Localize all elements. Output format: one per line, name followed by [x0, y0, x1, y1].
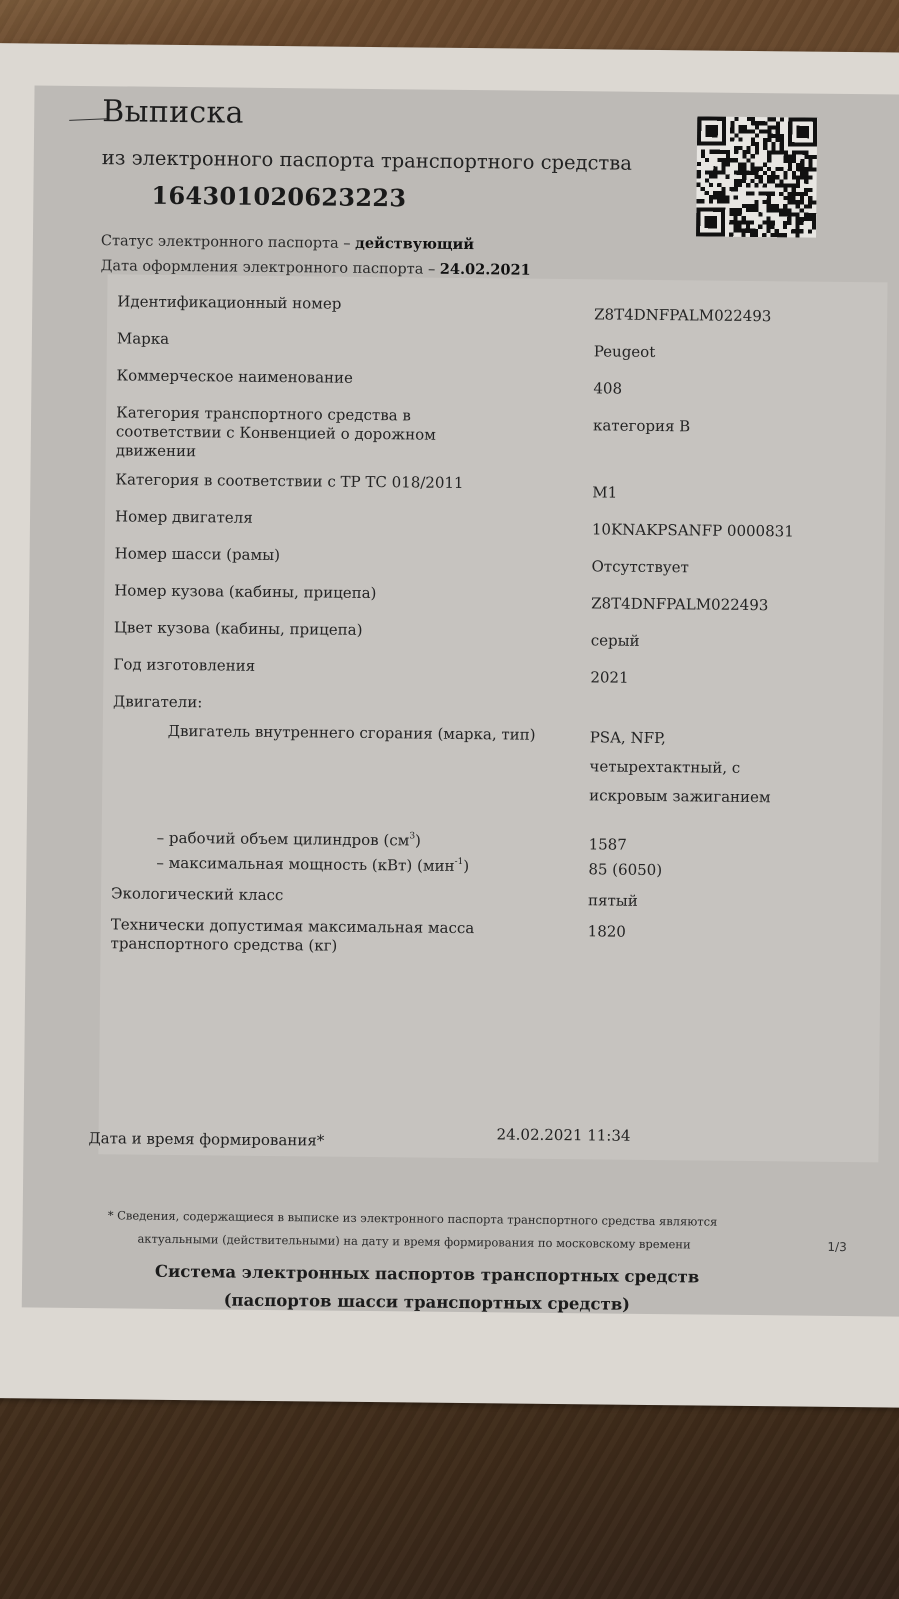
- field-value: категория B: [593, 408, 817, 467]
- field-row: – максимальная мощность (кВт) (мин-1)85 …: [111, 853, 811, 881]
- field-value: Z8T4DNFPALM022493: [591, 586, 814, 615]
- field-row: Технически допустимая максимальная масса…: [110, 915, 810, 960]
- field-label: Идентификационный номер: [117, 292, 594, 324]
- field-label-text: Коммерческое наименование: [116, 366, 353, 386]
- field-value-text: 1820: [588, 922, 626, 940]
- document-page: Выписка из электронного паспорта транспо…: [0, 43, 899, 1408]
- qr-code-icon: [696, 116, 817, 237]
- field-value: Z8T4DNFPALM022493: [594, 297, 817, 326]
- field-row: Цвет кузова (кабины, прицепа)серый: [114, 618, 814, 652]
- field-label-text: Номер двигателя: [115, 507, 253, 526]
- field-label: Экологический класс: [111, 884, 588, 910]
- field-label: Категория в соответствии с ТР ТС 018/201…: [115, 470, 592, 502]
- field-label: Год изготовления: [113, 655, 590, 687]
- field-value-text: пятый: [588, 891, 638, 910]
- field-value-text: серый: [591, 631, 640, 650]
- field-value-text: категория B: [593, 416, 690, 435]
- field-label-text: Двигатель внутреннего сгорания (марка, т…: [168, 722, 536, 744]
- field-label-tail: ): [415, 831, 421, 849]
- field-row: Категория транспортного средства всоотве…: [116, 403, 817, 467]
- field-label-text: – рабочий объем цилиндров (см: [157, 829, 410, 850]
- field-value-text: 1587: [589, 835, 627, 853]
- field-value: 1587: [589, 833, 812, 856]
- field-value-text: M1: [592, 483, 617, 501]
- field-label-tail: ): [463, 857, 469, 875]
- field-row: Коммерческое наименование408: [116, 366, 816, 400]
- field-label: Марка: [117, 329, 594, 361]
- issue-date-value: 24.02.2021: [440, 261, 531, 279]
- field-value: 408: [593, 371, 816, 400]
- field-value-line: искровым зажиганием: [589, 786, 812, 817]
- field-value-text: Z8T4DNFPALM022493: [594, 305, 771, 325]
- field-value: 2021: [590, 660, 813, 689]
- field-value: M1: [592, 475, 815, 504]
- status-label: Статус электронного паспорта –: [101, 233, 355, 252]
- field-label: Номер кузова (кабины, прицепа): [114, 581, 591, 613]
- field-value-text: Z8T4DNFPALM022493: [591, 594, 768, 614]
- field-value-line: PSA, NFP,: [590, 728, 813, 759]
- field-label-text: – максимальная мощность (кВт) (мин: [156, 854, 454, 875]
- field-value-text: Отсутствует: [591, 557, 688, 576]
- passport-number: 164301020623223: [151, 181, 406, 213]
- field-row: Двигатель внутреннего сгорания (марка, т…: [112, 721, 813, 817]
- field-label: Коммерческое наименование: [116, 366, 593, 398]
- field-value: серый: [591, 623, 814, 652]
- field-label: Технически допустимая максимальная масса…: [110, 915, 587, 958]
- field-value-text: 85 (6050): [588, 860, 662, 879]
- page-number: 1/3: [827, 1240, 846, 1254]
- field-value: [590, 697, 813, 718]
- field-label: – максимальная мощность (кВт) (мин-1): [111, 853, 588, 879]
- footnote: * Сведения, содержащиеся в выписке из эл…: [107, 1204, 807, 1257]
- field-value: 85 (6050): [588, 858, 811, 881]
- field-value: Отсутствует: [591, 549, 814, 578]
- system-name: Система электронных паспортов транспортн…: [147, 1258, 708, 1320]
- field-label: Двигатели:: [113, 692, 590, 716]
- field-value-line: четырехтактный, с: [589, 757, 812, 788]
- field-value-text: 408: [593, 379, 622, 397]
- field-value: Peugeot: [594, 334, 817, 363]
- field-row: Номер двигателя10KNAKPSANFP 0000831: [115, 507, 815, 541]
- superscript: 3: [409, 831, 415, 841]
- field-label-line: движении: [116, 441, 593, 465]
- system-name-line-2: (паспортов шасси транспортных средств): [147, 1286, 707, 1320]
- field-label-text: Марка: [117, 329, 169, 348]
- field-row: Категория в соответствии с ТР ТС 018/201…: [115, 470, 815, 504]
- field-row: Год изготовления2021: [113, 655, 813, 689]
- vehicle-fields-table: Идентификационный номерZ8T4DNFPALM022493…: [110, 292, 817, 960]
- field-label-text: Идентификационный номер: [117, 292, 341, 312]
- field-label-text: Номер шасси (рамы): [115, 544, 281, 564]
- status-value: действующий: [355, 235, 474, 253]
- field-label: Двигатель внутреннего сгорания (марка, т…: [112, 721, 590, 815]
- field-label: – рабочий объем цилиндров (см3): [112, 828, 589, 854]
- field-value: 1820: [587, 920, 810, 960]
- field-row: Экологический класспятый: [111, 884, 811, 912]
- field-label-text: Номер кузова (кабины, прицепа): [114, 581, 376, 602]
- field-row: Номер шасси (рамы)Отсутствует: [114, 544, 814, 578]
- field-value-text: 2021: [590, 668, 628, 686]
- field-label: Номер шасси (рамы): [114, 544, 591, 576]
- field-row: МаркаPeugeot: [117, 329, 817, 363]
- document-header: Выписка из электронного паспорта транспо…: [65, 74, 665, 80]
- field-label-text: Двигатели:: [113, 692, 202, 711]
- field-value: 10KNAKPSANFP 0000831: [592, 512, 815, 541]
- formation-label: Дата и время формирования*: [88, 1129, 324, 1149]
- field-value-text: 10KNAKPSANFP 0000831: [592, 520, 794, 540]
- field-label-text: Цвет кузова (кабины, прицепа): [114, 618, 363, 639]
- field-row: Номер кузова (кабины, прицепа)Z8T4DNFPAL…: [114, 581, 814, 615]
- field-row: – рабочий объем цилиндров (см3)1587: [112, 828, 812, 856]
- superscript: -1: [455, 857, 464, 867]
- field-value-text: Peugeot: [594, 342, 656, 361]
- field-label: Номер двигателя: [115, 507, 592, 539]
- field-label-text: Год изготовления: [113, 655, 255, 674]
- field-label: Цвет кузова (кабины, прицепа): [114, 618, 591, 650]
- field-value: PSA, NFP,четырехтактный, сискровым зажиг…: [589, 726, 813, 817]
- field-row: Двигатели:: [113, 692, 813, 718]
- field-label: Категория транспортного средства всоотве…: [116, 403, 594, 465]
- field-label-text: Экологический класс: [111, 884, 283, 904]
- document-title: Выписка: [102, 94, 244, 130]
- field-label-text: Категория в соответствии с ТР ТС 018/201…: [115, 470, 463, 492]
- formation-value: 24.02.2021 11:34: [497, 1125, 631, 1144]
- field-value: пятый: [588, 889, 811, 912]
